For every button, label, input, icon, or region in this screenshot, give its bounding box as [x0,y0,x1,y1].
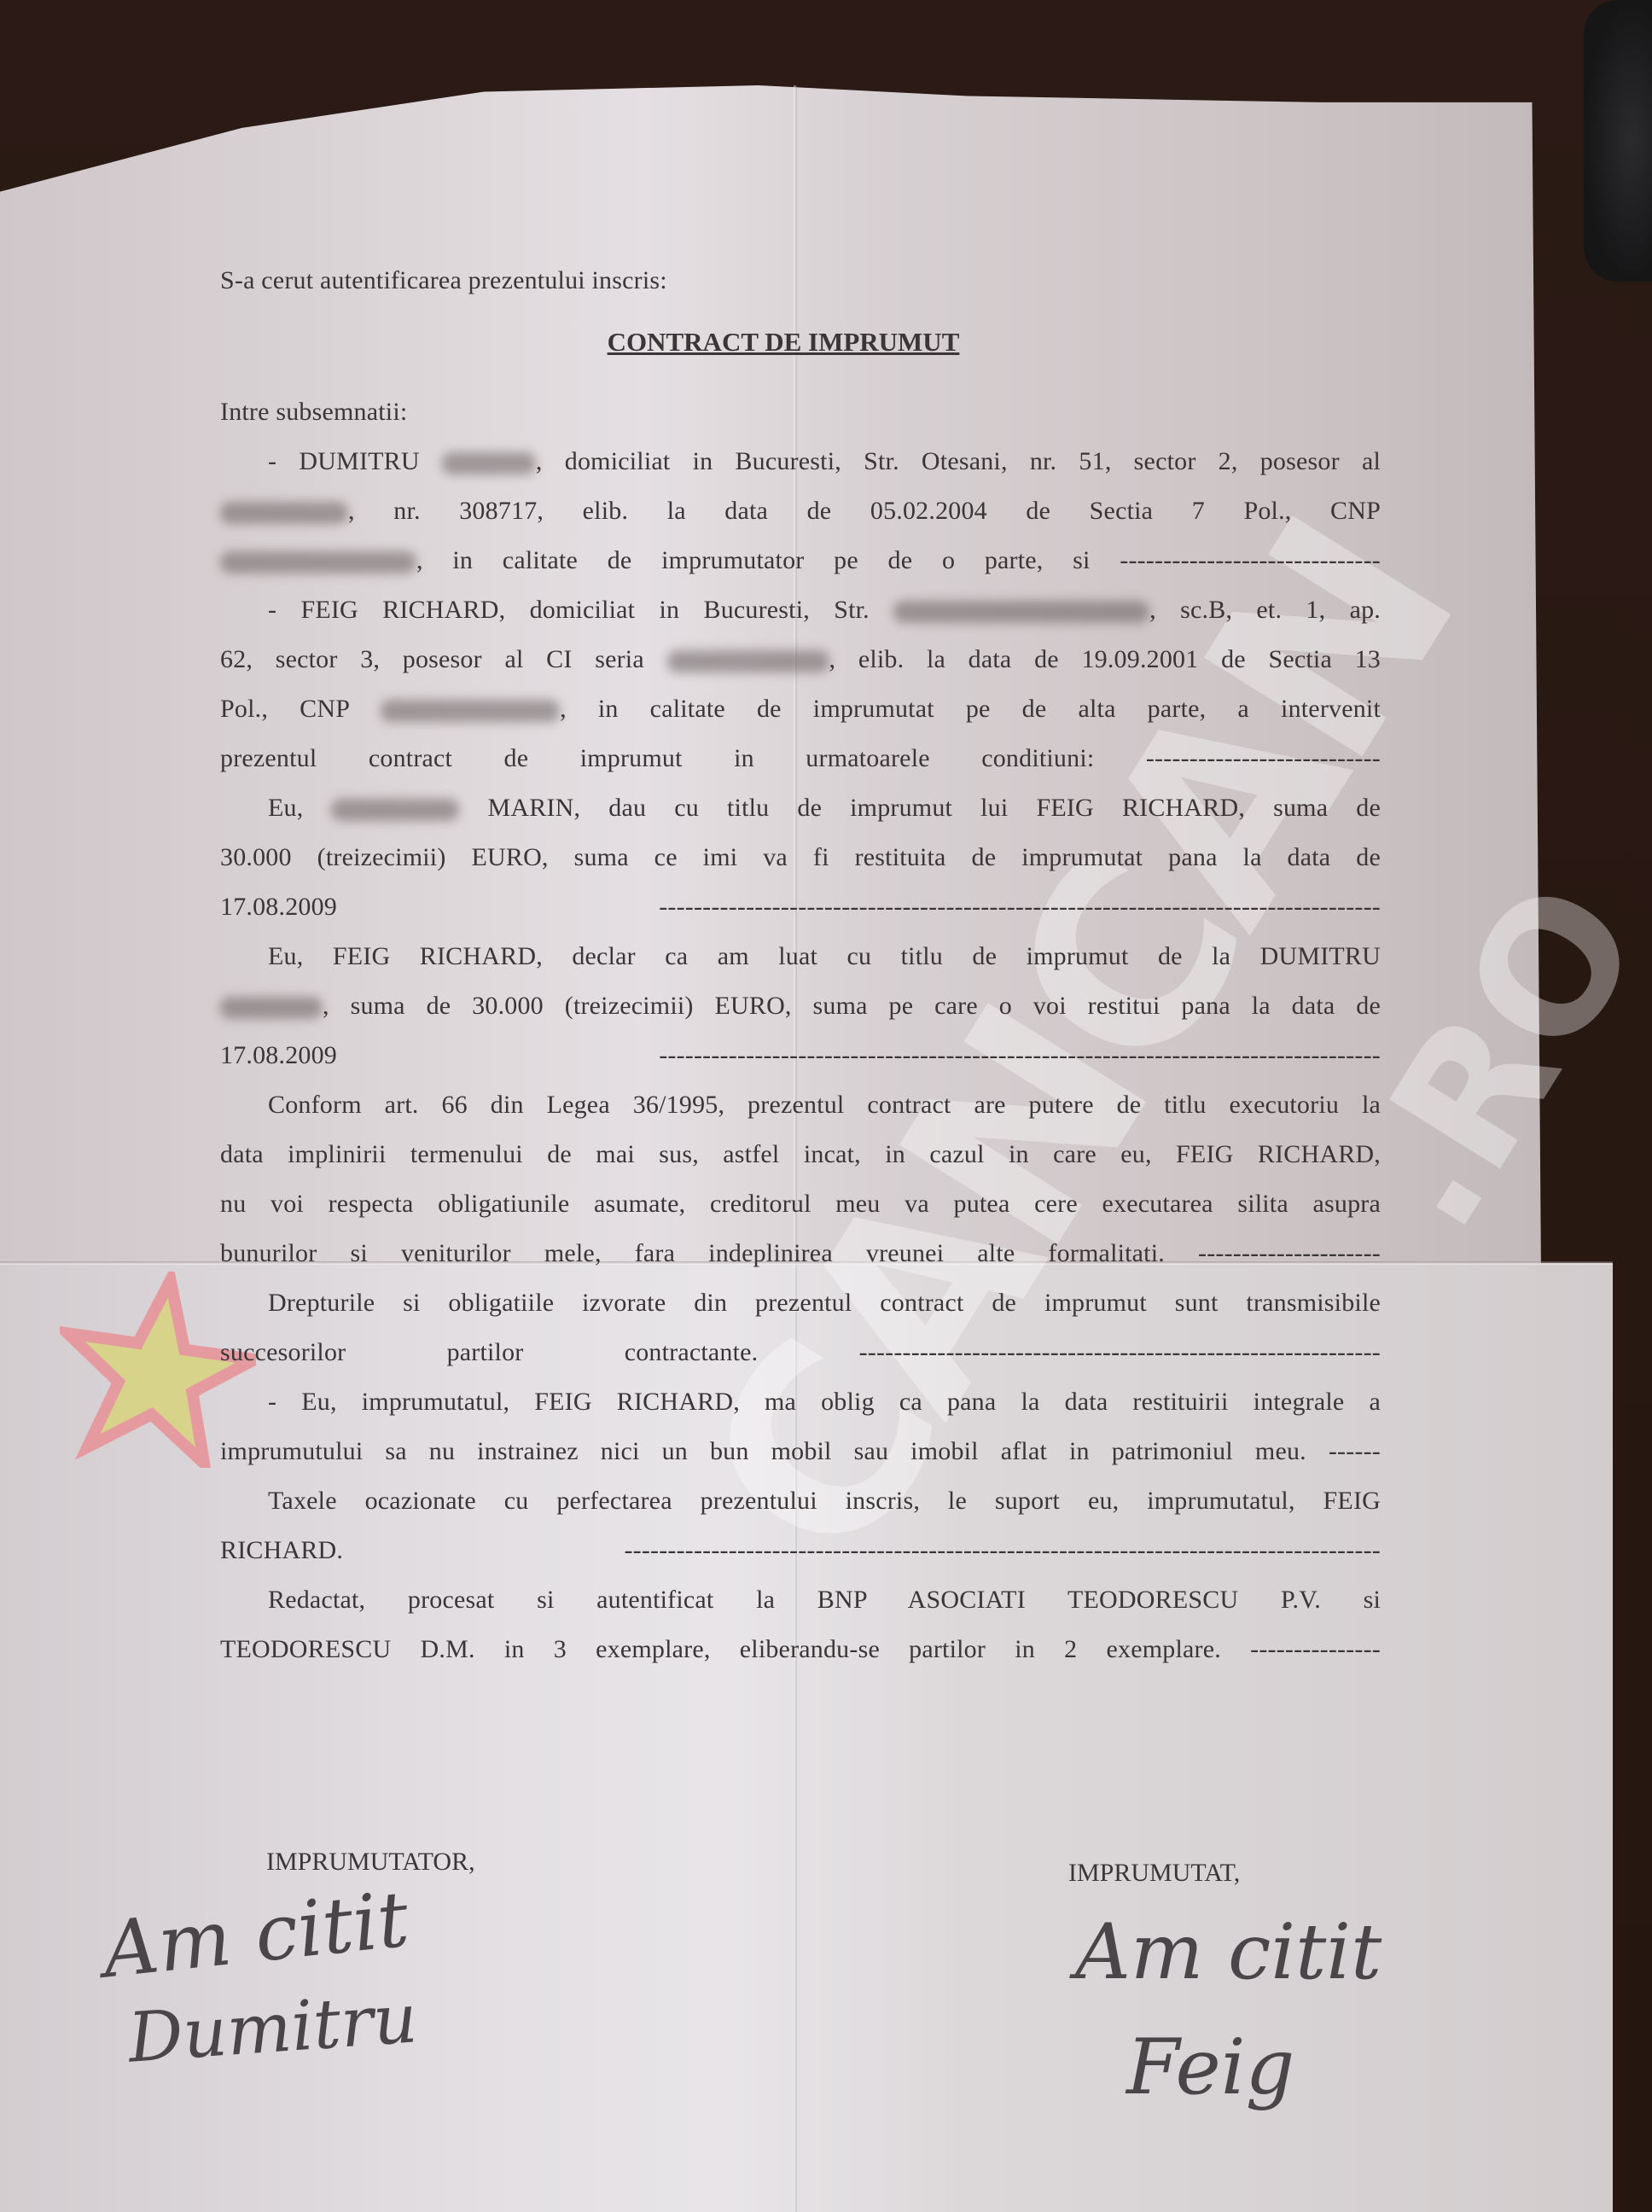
clause-transmissibility: Drepturile si obligatiile izvorate din p… [220,1278,1381,1377]
authentication-request: S-a cerut autentificarea prezentului ins… [220,256,1381,306]
lender-signature-label: IMPRUMUTATOR, [266,1848,475,1877]
redacted-id-series [220,502,348,524]
redacted-surname [220,997,323,1019]
redacted-surname [442,452,536,474]
clause-no-alienation: - Eu, imprumutatul, FEIG RICHARD, ma obl… [220,1377,1381,1476]
clause-loan-given: Eu, MARIN, dau cu titlu de imprumut lui … [220,783,1381,932]
borrower-handwriting-read: Am citit [1075,1907,1382,1997]
contract-document: S-a cerut autentificarea prezentului ins… [220,256,1381,1674]
party-lender: - DUMITRU , domiciliat in Bucuresti, Str… [220,437,1381,585]
redacted-cnp [381,700,560,722]
redacted-surname [331,799,459,821]
redacted-street [893,601,1149,623]
party-borrower: - FEIG RICHARD, domiciliat in Bucuresti,… [220,585,1381,783]
borrower-signature: Feig [1126,2023,1294,2112]
parties-intro: Intre subsemnatii: [220,387,1381,437]
clause-notary: Redactat, procesat si autentificat la BN… [220,1575,1381,1674]
borrower-signature-label: IMPRUMUTAT, [1068,1859,1240,1888]
clause-fees: Taxele ocazionate cu perfectarea prezent… [220,1476,1381,1575]
cable-object [1584,0,1652,282]
clause-enforceable-title: Conform art. 66 din Legea 36/1995, preze… [220,1080,1381,1278]
redacted-ci-series [667,650,829,672]
redacted-cnp [220,551,416,573]
clause-loan-received: Eu, FEIG RICHARD, declar ca am luat cu t… [220,932,1381,1080]
document-title: CONTRACT DE IMPRUMUT [220,317,1381,367]
